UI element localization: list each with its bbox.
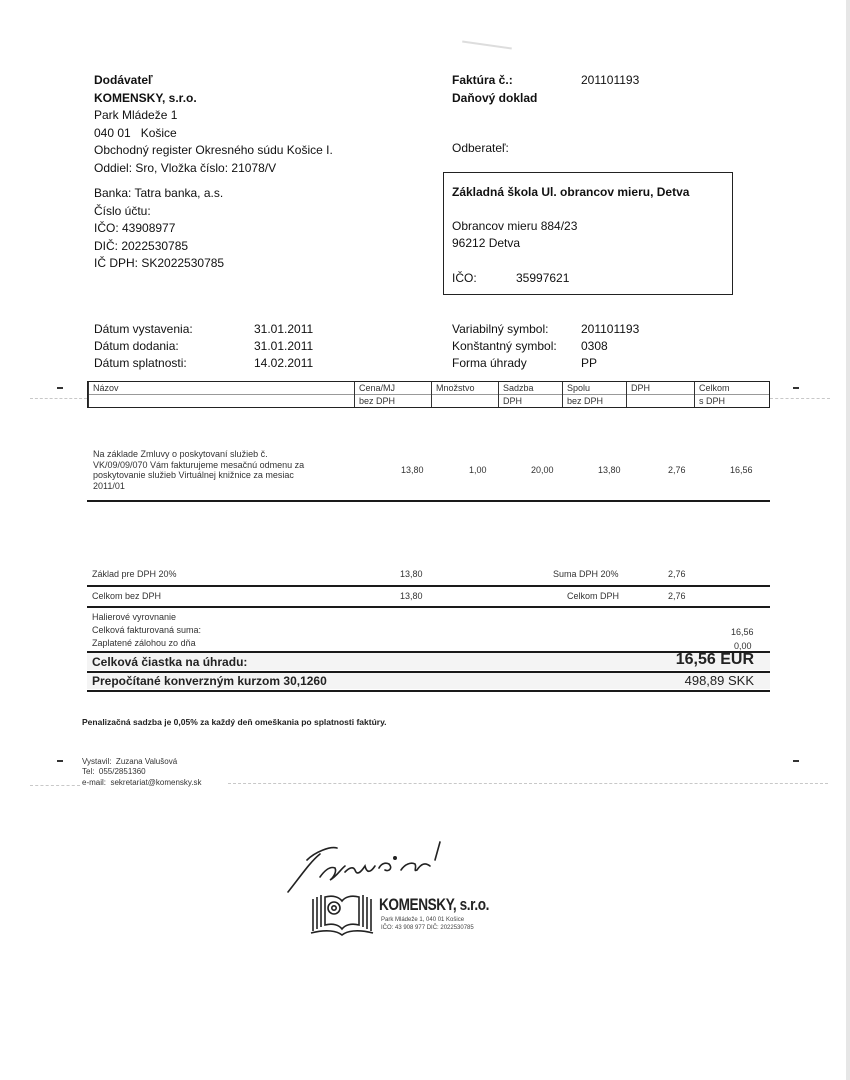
item-total-excl-vat: 13,80 [598, 465, 621, 475]
due-date-label: Dátum splatnosti: [94, 355, 187, 372]
item-quantity: 1,00 [469, 465, 487, 475]
customer-street: Obrancov mieru 884/23 [452, 218, 577, 235]
payment-method-label: Forma úhrady [452, 355, 527, 372]
issued-date-label: Dátum vystavenia: [94, 321, 193, 338]
supplier-register: Obchodný register Okresného súdu Košice … [94, 142, 333, 160]
vat-base-label: Základ pre DPH 20% [92, 569, 177, 579]
item-vat-rate: 20,00 [531, 465, 554, 475]
due-date: 14.02.2011 [254, 355, 313, 372]
scan-line [228, 783, 828, 784]
item-unit-price: 13,80 [401, 465, 424, 475]
summary-rule-2 [87, 606, 770, 608]
supplier-name: KOMENSKY, s.r.o. [94, 90, 333, 108]
customer-box: Základná škola Ul. obrancov mieru, Detva… [443, 172, 733, 295]
customer-city: 96212 Detva [452, 235, 520, 252]
fold-mark-left [57, 387, 63, 389]
customer-name: Základná škola Ul. obrancov mieru, Detva [452, 184, 689, 201]
variable-symbol-label: Variabilný symbol: [452, 321, 548, 338]
supplier-street: Park Mládeže 1 [94, 107, 333, 125]
supplier-city: 040 01 Košice [94, 125, 333, 143]
supplier-bank-block: Banka: Tatra banka, a.s. Číslo účtu: IČO… [94, 185, 224, 273]
signature-icon [285, 832, 465, 897]
rounding-label: Halierové vyrovnanie [92, 612, 176, 622]
issuer-email: e-mail: sekretariat@komensky.sk [82, 778, 202, 787]
scan-edge [846, 0, 850, 1080]
supplier-heading: Dodávateľ [94, 72, 333, 90]
col-vat-rate: Sadzba DPH [498, 382, 562, 407]
stamp-company: KOMENSKY, s.r.o. [379, 895, 489, 915]
item-description: Na základe Zmluvy o poskytovaní služieb … [93, 449, 304, 491]
stamp-address: Park Mládeže 1, 040 01 Košice [381, 917, 464, 923]
fold-mark-left [57, 760, 63, 762]
scan-line [30, 398, 87, 399]
stamp-ids: IČO: 43 908 977 DIČ: 2022530785 [381, 925, 474, 931]
summary-rule-1 [87, 585, 770, 587]
supplier-ico: IČO: 43908977 [94, 220, 224, 238]
total-vat-label: Celkom DPH [567, 591, 619, 601]
book-at-icon [307, 893, 377, 937]
amount-due-label: Celková čiastka na úhradu: [92, 654, 247, 671]
advance-label: Zaplatené zálohou zo dňa [92, 638, 196, 648]
vat-sum-label: Suma DPH 20% [553, 569, 619, 579]
invoiced-label: Celková fakturovaná suma: [92, 625, 201, 635]
variable-symbol: 201101193 [581, 321, 639, 338]
scan-line [770, 398, 830, 399]
delivered-date: 31.01.2011 [254, 338, 313, 355]
total-excl: 13,80 [400, 591, 423, 601]
col-name: Názov [88, 382, 354, 407]
issued-by: Vystavil: Zuzana Valušová [82, 757, 177, 766]
conversion-label: Prepočítané konverzným kurzom 30,1260 [92, 673, 327, 690]
total-excl-label: Celkom bez DPH [92, 591, 161, 601]
col-quantity: Množstvo [431, 382, 498, 407]
vat-sum: 2,76 [668, 569, 686, 579]
customer-label: Odberateľ: [452, 140, 509, 157]
col-unit-price: Cena/MJ bez DPH [354, 382, 431, 407]
supplier-ic-dph: IČ DPH: SK2022530785 [94, 255, 224, 273]
items-bottom-rule [87, 500, 770, 502]
supplier-bank: Banka: Tatra banka, a.s. [94, 185, 224, 203]
summary-rule-5 [87, 690, 770, 692]
issued-date: 31.01.2011 [254, 321, 313, 338]
supplier-section: Oddiel: Sro, Vložka číslo: 21078/V [94, 160, 333, 178]
amount-due: 16,56 EUR [676, 651, 754, 669]
invoice-number-label: Faktúra č.: [452, 72, 513, 89]
col-vat: DPH [626, 382, 694, 407]
supplier-dic: DIČ: 2022530785 [94, 238, 224, 256]
payment-method: PP [581, 355, 597, 372]
item-total-incl-vat: 16,56 [730, 465, 753, 475]
total-vat: 2,76 [668, 591, 686, 601]
items-table-header: Názov Cena/MJ bez DPH Množstvo Sadzba DP… [87, 381, 770, 408]
supplier-account: Číslo účtu: [94, 203, 224, 221]
advance-amount: 0,00 [734, 641, 752, 651]
supplier-block: Dodávateľ KOMENSKY, s.r.o. Park Mládeže … [94, 72, 333, 177]
customer-ico-label: IČO: [452, 270, 477, 287]
company-stamp: KOMENSKY, s.r.o. Park Mládeže 1, 040 01 … [307, 893, 487, 937]
document-type: Daňový doklad [452, 90, 537, 107]
invoice-number: 201101193 [581, 72, 639, 89]
fold-mark-right [793, 387, 799, 389]
item-vat: 2,76 [668, 465, 686, 475]
constant-symbol: 0308 [581, 338, 608, 355]
scan-artifact [462, 41, 512, 50]
col-total-excl-vat: Spolu bez DPH [562, 382, 626, 407]
invoiced-amount: 16,56 [731, 627, 754, 637]
fold-mark-right [793, 760, 799, 762]
conversion-amount: 498,89 SKK [685, 673, 754, 688]
customer-ico: 35997621 [516, 270, 569, 287]
vat-base: 13,80 [400, 569, 423, 579]
constant-symbol-label: Konštantný symbol: [452, 338, 557, 355]
delivered-date-label: Dátum dodania: [94, 338, 179, 355]
scan-line [30, 785, 80, 786]
issuer-phone: Tel: 055/2851360 [82, 767, 146, 776]
col-total-incl-vat: Celkom s DPH [694, 382, 769, 407]
penalty-note: Penalizačná sadzba je 0,05% za každý deň… [82, 717, 387, 727]
